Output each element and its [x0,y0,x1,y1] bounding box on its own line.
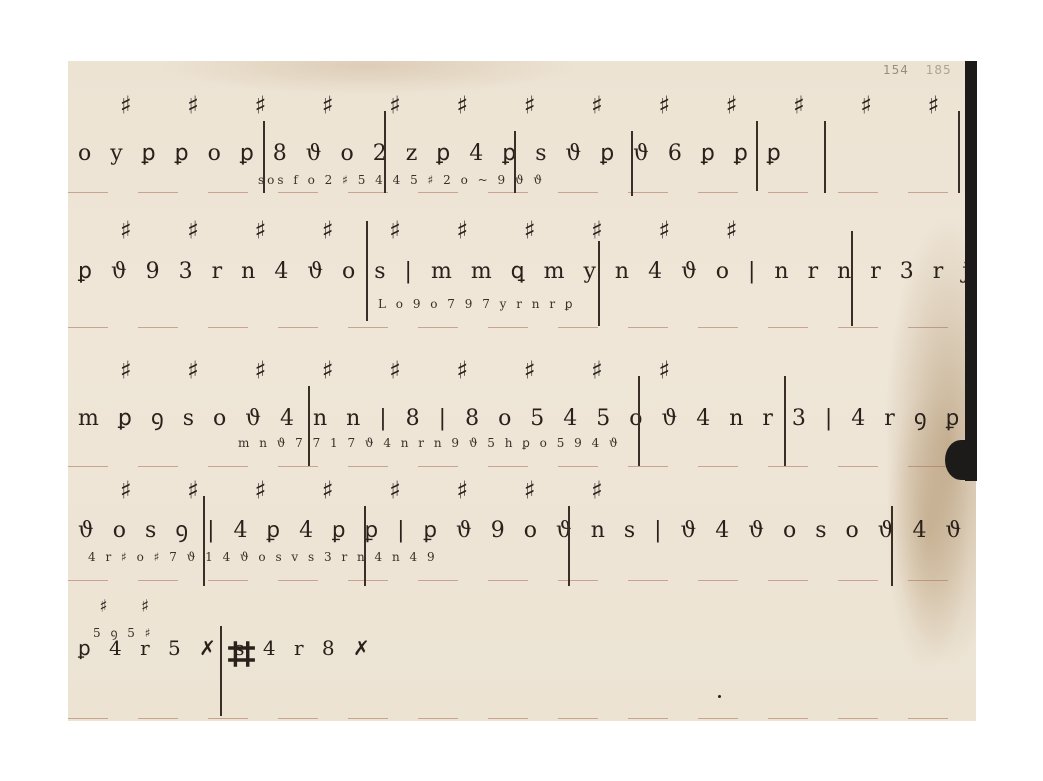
barline [366,221,368,321]
barline [631,131,633,196]
barline [203,496,205,586]
folio-number-crossed: 185 [926,63,952,77]
tablature-annotations-row: 4 r ♯ o ♯ 7 ϑ 1 4 ϑ o s v s 3 r n 4 n 4 … [88,550,976,564]
tablature-annotations-row: sos f o 2 ♯ 5 4 4 5 ♯ 2 o ~ 9 ϑ ϑ [258,173,976,187]
rhythm-flags-row: ♯ ♯ [98,596,976,617]
barline [514,131,516,193]
tablature-letters-row: ꝑ ϑ 9 3 r n 4 ϑ o s | m m ꝗ m y n 4 ϑ o … [78,259,976,284]
staff-ruling [68,192,976,193]
staff-ruling [68,466,976,467]
barline [263,121,265,193]
tablature-annotations-row: L o 9 o 7 9 7 y r n r ꝑ [378,297,976,311]
barline [784,376,786,466]
barline [824,121,826,193]
page-tear-notch [945,440,977,480]
barline [598,241,600,326]
tablature-annotations-row: m n ϑ 7 7 1 7 ϑ 4 n r n 9 ϑ 5 h ꝑ o 5 9 … [238,436,976,450]
manuscript-page: 154 185 ♯ ♯ ♯ ♯ ♯ ♯ ♯ ♯ ♯ ♯ ♯ ♯ ♯ o y ꝑ … [68,61,976,721]
folio-number-current: 154 [883,63,909,77]
barline [638,376,640,466]
rhythm-flags-row: ♯ ♯ ♯ ♯ ♯ ♯ ♯ ♯ ♯ [118,356,976,386]
rhythm-flags-row: ♯ ♯ ♯ ♯ ♯ ♯ ♯ ♯ ♯ ♯ ♯ ♯ ♯ [118,91,976,121]
barline [958,111,960,193]
tablature-letters-row: o y ꝑ ꝑ o ꝑ 8 ϑ o 2 z ꝑ 4 ꝑ s ϑ ꝑ ϑ 6 ꝑ … [78,141,976,166]
staff-ruling [68,327,976,328]
barline [220,626,222,716]
barline [308,386,310,466]
tablature-letters-row: m ꝑ ꝯ s o ϑ 4 n n | 8 | 8 o 5 4 5 o ϑ 4 … [78,402,976,432]
ink-speck [718,695,721,698]
barline [364,506,366,586]
staff-ruling [68,718,976,719]
tablature-letters-row: ϑ o s ꝯ | 4 ꝑ 4 ꝑ ꝑ | ꝑ ϑ 9 o ϑ n s | ϑ … [78,514,976,544]
barline [384,111,386,193]
final-flourish-mark: ⌗ [228,626,255,683]
rhythm-flags-row: ♯ ♯ ♯ ♯ ♯ ♯ ♯ ♯ ♯ ♯ [118,216,976,246]
rhythm-flags-row: ♯ ♯ ♯ ♯ ♯ ♯ ♯ ♯ [118,476,976,506]
barline [891,506,893,586]
barline [756,121,758,191]
barline [568,506,570,586]
page-edge-shadow [965,61,977,481]
tablature-annotations-row: 5 ꝯ 5 ♯ [93,624,976,641]
barline [851,231,853,326]
folio-number: 154 185 [883,63,952,77]
